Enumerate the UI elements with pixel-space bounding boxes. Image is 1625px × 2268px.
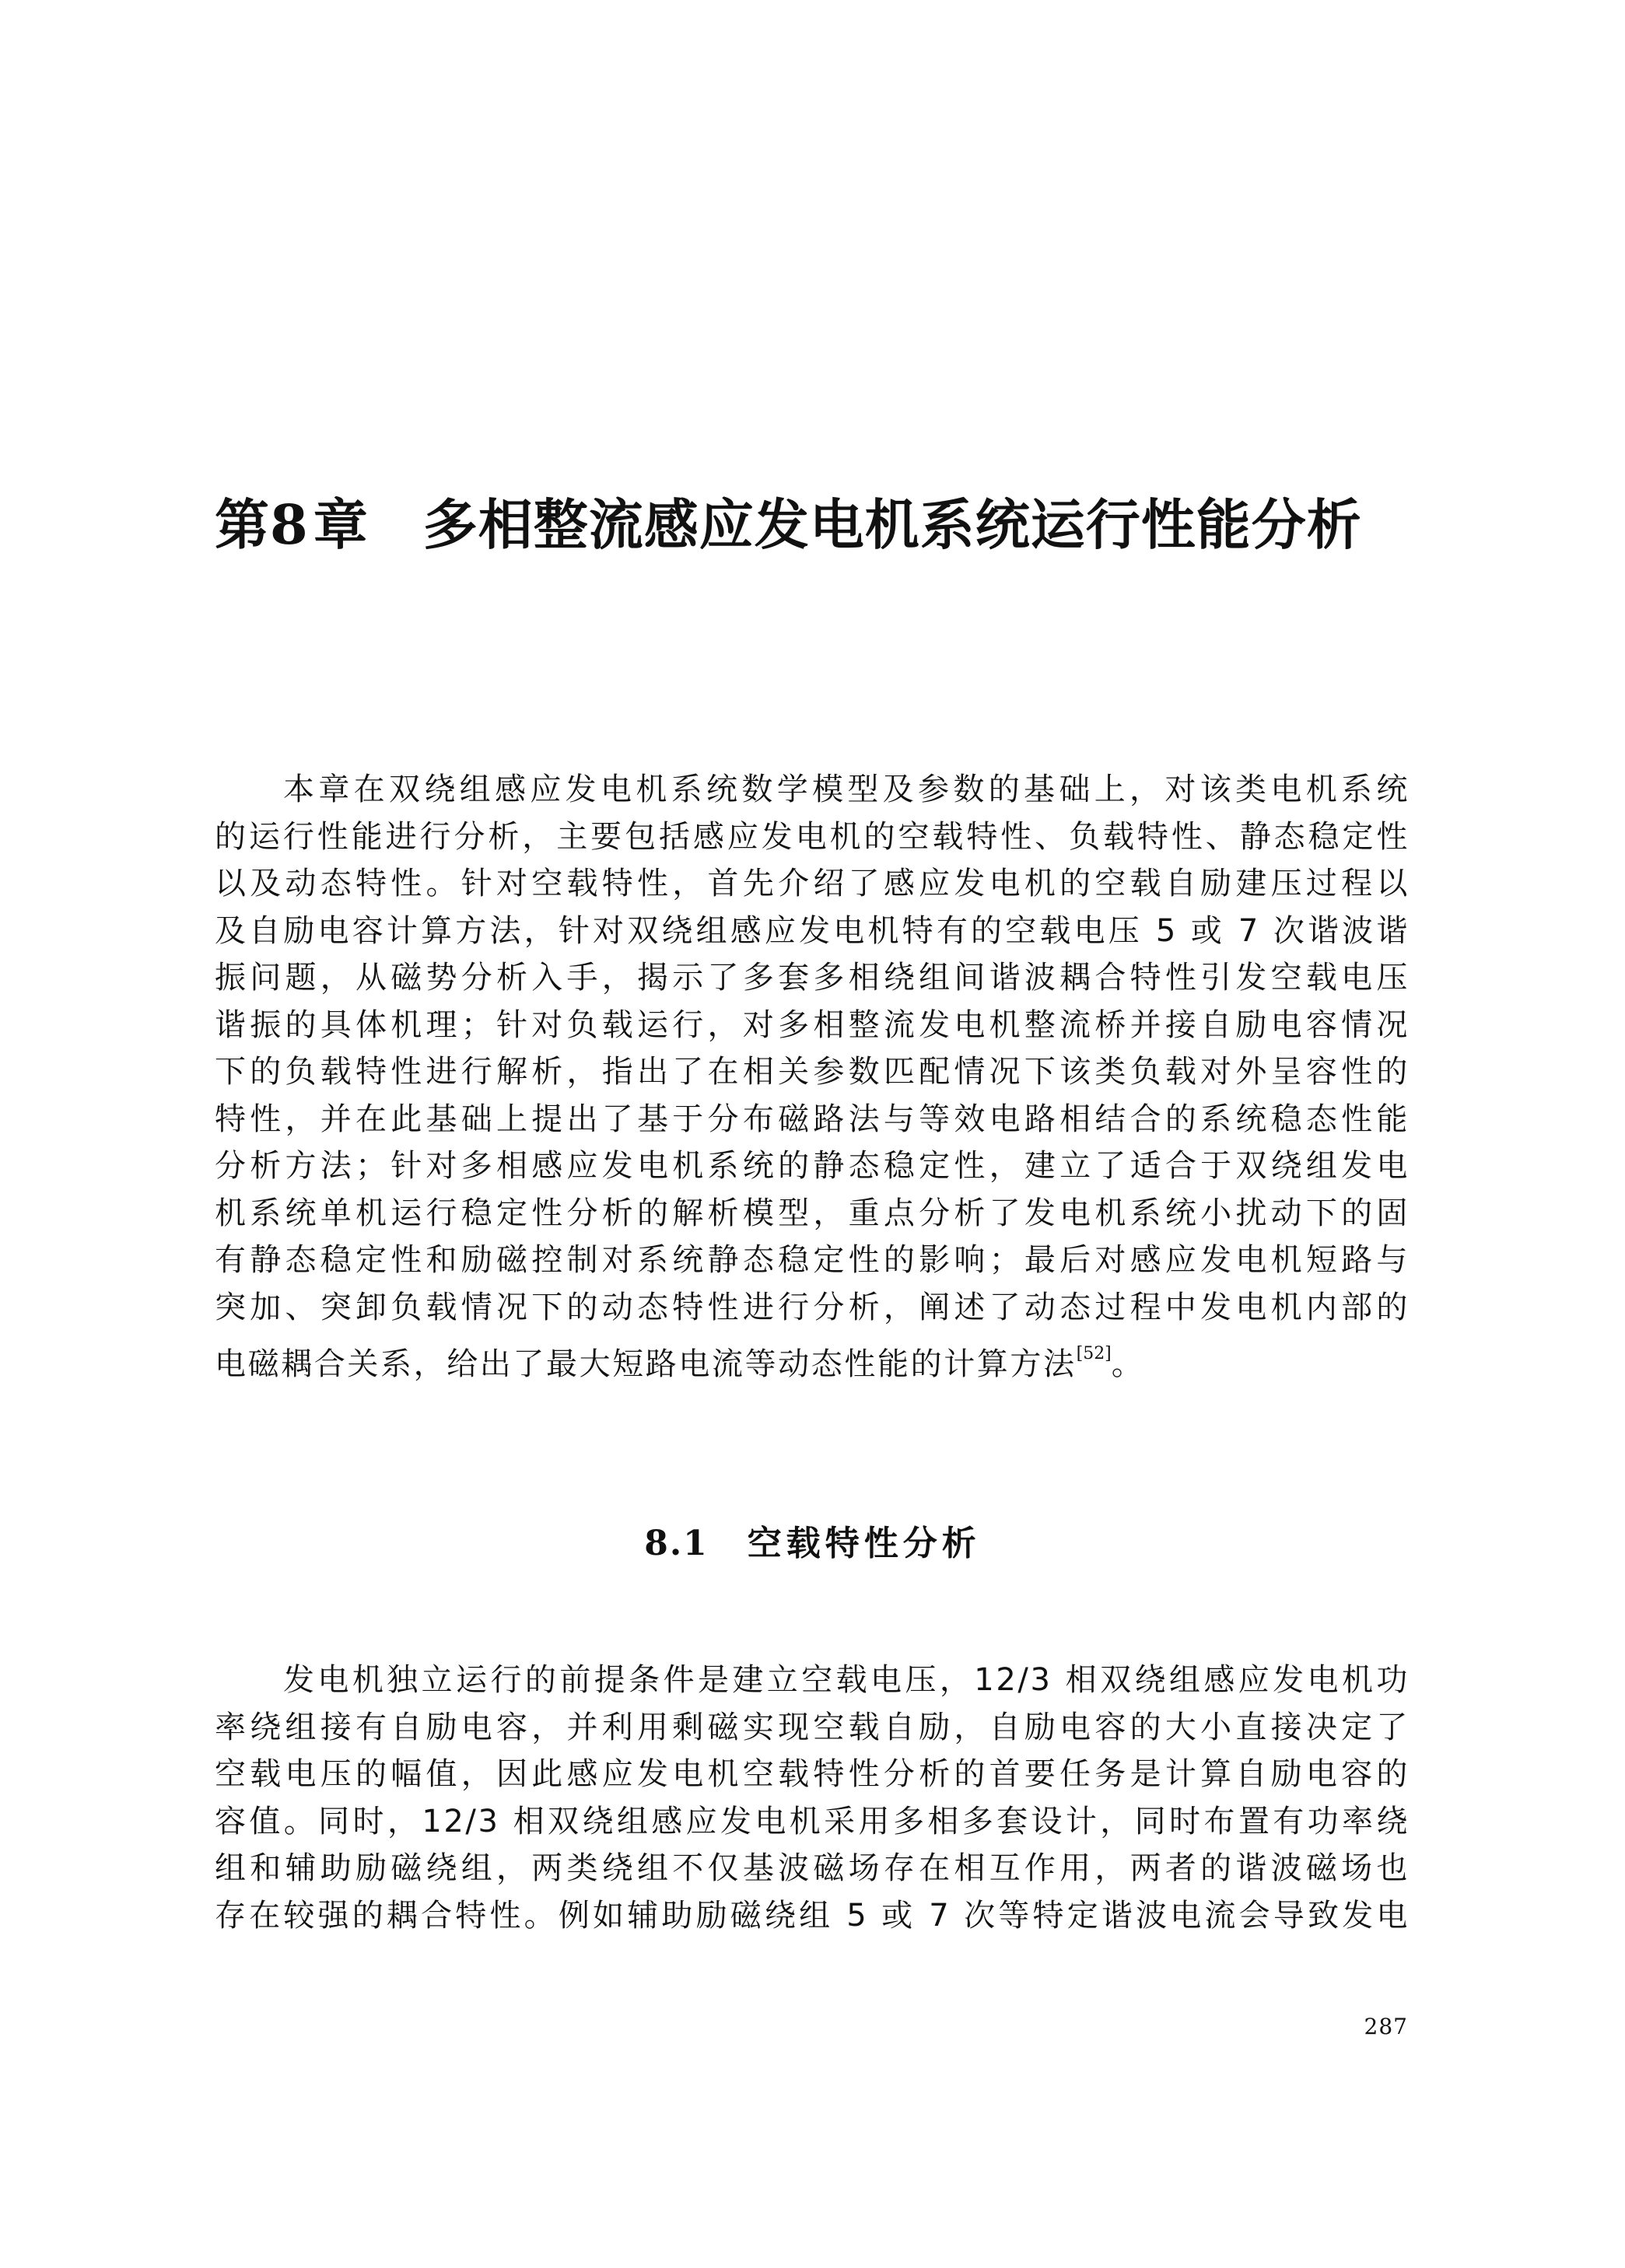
paragraph-line: 特性，并在此基础上提出了基于分布磁路法与等效电路相结合的系统稳态性能 [215, 1096, 1410, 1143]
last-line-end: 。 [1112, 1346, 1145, 1382]
chapter-title-text: 多相整流感应发电机系统运行性能分析 [423, 492, 1362, 557]
paragraph-line: 突加、突卸负载情况下的动态特性进行分析，阐述了动态过程中发电机内部的 [215, 1284, 1410, 1332]
section-heading: 8.1空载特性分析 [0, 1517, 1625, 1571]
paragraph-line: 组和辅助励磁绕组，两类绕组不仅基波磁场存在相互作用，两者的谐波磁场也 [215, 1845, 1410, 1892]
paragraph-line: 空载电压的幅值，因此感应发电机空载特性分析的首要任务是计算自励电容的 [215, 1751, 1410, 1798]
paragraph-line: 及自励电容计算方法，针对双绕组感应发电机特有的空载电压 5 或 7 次谐波谐 [215, 908, 1410, 955]
page-number: 287 [1354, 2013, 1408, 2041]
paragraph-line: 下的负载特性进行解析，指出了在相关参数匹配情况下该类负载对外呈容性的 [215, 1048, 1410, 1096]
citation-reference[interactable]: [52] [1077, 1344, 1112, 1363]
paragraph-line: 机系统单机运行稳定性分析的解析模型，重点分析了发电机系统小扰动下的固 [215, 1190, 1410, 1237]
chapter-intro-paragraph: 本章在双绕组感应发电机系统数学模型及参数的基础上，对该类电机系统 的运行性能进行… [215, 766, 1410, 1388]
book-page: 第8章多相整流感应发电机系统运行性能分析 本章在双绕组感应发电机系统数学模型及参… [0, 0, 1625, 2268]
section-title: 空载特性分析 [748, 1524, 981, 1563]
paragraph-line: 容值。同时，12/3 相双绕组感应发电机采用多相多套设计，同时布置有功率绕 [215, 1798, 1410, 1846]
paragraph-line: 的运行性能进行分析，主要包括感应发电机的空载特性、负载特性、静态稳定性 [215, 814, 1410, 861]
chapter-title: 第8章多相整流感应发电机系统运行性能分析 [215, 486, 1413, 564]
chapter-number: 8 [270, 492, 309, 557]
paragraph-line: 存在较强的耦合特性。例如辅助励磁绕组 5 或 7 次等特定谐波电流会导致发电 [215, 1892, 1410, 1940]
paragraph-line: 谐振的具体机理；针对负载运行，对多相整流发电机整流桥并接自励电容情况 [215, 1002, 1410, 1049]
paragraph-line: 率绕组接有自励电容，并利用剩磁实现空载自励，自励电容的大小直接决定了 [215, 1704, 1410, 1752]
paragraph-line: 分析方法；针对多相感应发电机系统的静态稳定性，建立了适合于双绕组发电 [215, 1143, 1410, 1190]
paragraph-line: 以及动态特性。针对空载特性，首先介绍了感应发电机的空载自励建压过程以 [215, 860, 1410, 908]
chapter-label-suffix: 章 [313, 492, 369, 557]
paragraph-line: 本章在双绕组感应发电机系统数学模型及参数的基础上，对该类电机系统 [215, 766, 1410, 814]
paragraph-line: 发电机独立运行的前提条件是建立空载电压，12/3 相双绕组感应发电机功 [215, 1657, 1410, 1704]
section-body-paragraph: 发电机独立运行的前提条件是建立空载电压，12/3 相双绕组感应发电机功 率绕组接… [215, 1657, 1410, 1939]
chapter-label-prefix: 第 [215, 492, 270, 557]
section-number: 8.1 [644, 1524, 709, 1563]
paragraph-last-line: 电磁耦合关系，给出了最大短路电流等动态性能的计算方法[52]。 [215, 1331, 1410, 1388]
paragraph-line: 有静态稳定性和励磁控制对系统静态稳定性的影响；最后对感应发电机短路与 [215, 1237, 1410, 1284]
paragraph-line: 振问题，从磁势分析入手，揭示了多套多相绕组间谐波耦合特性引发空载电压 [215, 954, 1410, 1002]
last-line-text: 电磁耦合关系，给出了最大短路电流等动态性能的计算方法 [215, 1346, 1077, 1382]
